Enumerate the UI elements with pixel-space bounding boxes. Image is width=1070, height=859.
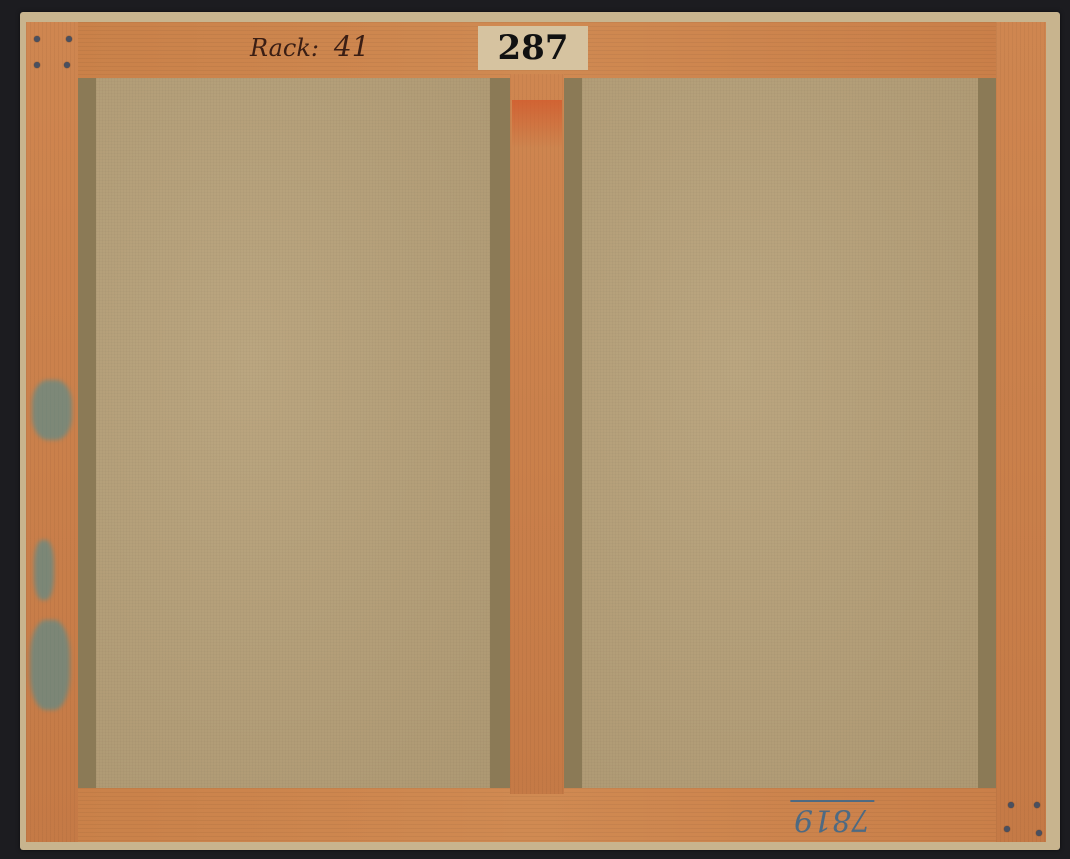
tack-icon [34, 62, 40, 68]
fold-shadow [564, 78, 582, 788]
tack-icon [34, 36, 40, 42]
paint-stain [512, 100, 562, 148]
inventory-tag: 287 [478, 26, 588, 70]
paint-smear [30, 620, 70, 710]
rack-label: Rack: [250, 34, 319, 62]
canvas-panel-left [78, 78, 510, 788]
fold-shadow [490, 78, 510, 788]
rack-number: 41 [334, 30, 370, 63]
tack-icon [1034, 802, 1040, 808]
stretcher-bar-right [996, 22, 1046, 842]
stretcher-bar-bottom [26, 788, 1042, 842]
tag-number: 287 [498, 28, 569, 68]
canvas-panel-right [564, 78, 996, 788]
stretcher-crossbar [510, 74, 564, 794]
rack-inscription: Rack: 41 [250, 30, 370, 63]
pencil-inscription: 7819 [790, 800, 874, 837]
fold-shadow [78, 78, 96, 788]
fold-shadow [978, 78, 996, 788]
tack-icon [66, 36, 72, 42]
tack-icon [1004, 826, 1010, 832]
paint-smear [34, 540, 54, 600]
tack-icon [1008, 802, 1014, 808]
tack-icon [1036, 830, 1042, 836]
paint-smear [32, 380, 72, 440]
tack-icon [64, 62, 70, 68]
